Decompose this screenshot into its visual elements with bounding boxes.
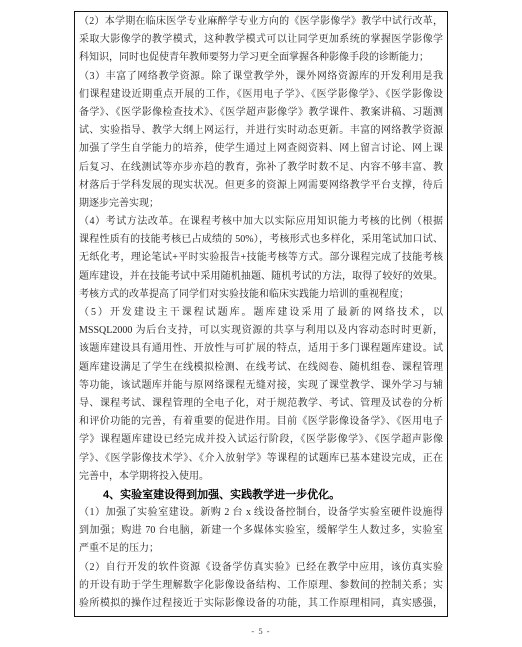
text-line: （1）加强了实验室建设。新购 2 台 x 线设备控制台，设备学实验室硬件设施得	[79, 504, 443, 522]
text-line: （2）自行开发的软件资源《设备学仿真实验》已经在教学中应用，该仿真实验	[79, 559, 443, 577]
text-line: 采取大影像学的教学模式，这种教学模式可以让同学更加系统的掌握医学影像学	[79, 31, 443, 49]
text-line: 无纸化考，理论笔试+平时实验报告+技能考核等方式。部分课程完成了技能考核	[79, 249, 443, 267]
text-line: MSSQL2000 为后台支持，可以实现资源的共享与利用以及内容动态时时更新，	[79, 322, 443, 340]
text-line: （3）丰富了网络教学资源。除了课堂教学外，课外网络资源库的开发利用是我	[79, 68, 443, 86]
text-line: 试、实验指导、教学大纲上网运行，并进行实时动态更新。丰富的网络教学资源	[79, 122, 443, 140]
text-line: 题库建设，并在技能考试中采用随机抽题、随机考试的方法，取得了较好的效果。	[79, 268, 443, 286]
text-line: 科知识，同时也促使青年教师要努力学习更全面掌握各种影像手段的诊断能力；	[79, 49, 443, 67]
text-line: 材落后于学科发展的现实状况。但更多的资源上网需要网络教学平台支撑，待后	[79, 177, 443, 195]
text-line: 后复习、在线测试等亦步亦趋的教育，弥补了教学时数不足、内容不够丰富、教	[79, 159, 443, 177]
text-line: 加强了学生自学能力的培养，使学生通过上网查阅资料、网上留言讨论、网上课	[79, 140, 443, 158]
text-line: 学》课程题库建设已经完成并投入试运行阶段，《医学影像学》、《医学超声影像	[79, 431, 443, 449]
text-line: 学》、《医学影像技术学》、《介入放射学》等课程的试题库已基本建设完成，正在	[79, 450, 443, 468]
text-line: （4）考试方法改革。在课程考核中加大以实际应用知识能力考核的比例（根据	[79, 213, 443, 231]
text-line: 期逐步完善实现；	[79, 195, 443, 213]
text-line: 题库建设满足了学生在线模拟检测、在线考试、在线阅卷、随机组卷、课程管理	[79, 359, 443, 377]
document-page: （2）本学期在临床医学专业麻醉学专业方向的《医学影像学》教学中试行改革，采取大影…	[0, 0, 522, 647]
section-heading: 4、实验室建设得到加强、实践教学进一步优化。	[79, 486, 443, 504]
text-line: 课程性质有的技能考核已占成绩的 50%），考核形式也多样化，采用笔试加口试、	[79, 231, 443, 249]
text-line: （2）本学期在临床医学专业麻醉学专业方向的《医学影像学》教学中试行改革，	[79, 13, 443, 31]
text-line: 备学》、《医学影像检查技术》、《医学超声影像学》教学课件、教案讲稿、习题测	[79, 104, 443, 122]
text-line: 到加强；购进 70 台电脑，新建一个多媒体实验室，缓解学生人数过多，实验室	[79, 522, 443, 540]
text-line: 严重不足的压力；	[79, 540, 443, 558]
text-line: 考核方式的改革提高了同学们对实验技能和临床实践能力培训的重视程度；	[79, 286, 443, 304]
document-text-box: （2）本学期在临床医学专业麻醉学专业方向的《医学影像学》教学中试行改革，采取大影…	[74, 11, 448, 617]
text-line: 等功能，该试题库并能与原网络课程无缝对接，实现了课堂教学、课外学习与辅	[79, 377, 443, 395]
text-line: 导、课程考试、课程管理的全电子化，对于规范教学、考试、管理及试卷的分析	[79, 395, 443, 413]
text-line: 们课程建设近期重点开展的工作，《医用电子学》、《医学影像学》、《医学影像设	[79, 86, 443, 104]
page-number: - 5 -	[0, 626, 522, 636]
text-line: 的开设有助于学生理解数字化影像设备结构、工作原理、参数间的控制关系；实	[79, 577, 443, 595]
text-line: 该题库建设具有通用性、开放性与可扩展的特点，适用于多门课程题库建设。试	[79, 340, 443, 358]
text-line: 验所模拟的操作过程接近于实际影像设备的功能，其工作原理相同，真实感强，	[79, 595, 443, 613]
text-line: （5）开发建设主干课程试题库。题库建设采用了最新的网络技术，以	[79, 304, 443, 322]
text-line: 和评价功能的完善，有着重要的促进作用。目前《医学影像设备学》、《医用电子	[79, 413, 443, 431]
text-line: 完善中，本学期将投入使用。	[79, 468, 443, 486]
